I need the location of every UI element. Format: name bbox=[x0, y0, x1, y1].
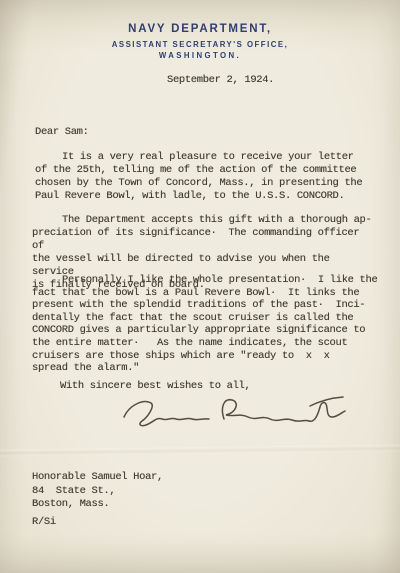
reference-initials: R/Si bbox=[32, 516, 56, 529]
letterhead-washington: WASHINGTON. bbox=[0, 51, 400, 60]
letterhead-navy-department: NAVY DEPARTMENT, bbox=[0, 23, 400, 35]
salutation: Dear Sam: bbox=[35, 126, 89, 139]
letterhead-office: ASSISTANT SECRETARY'S OFFICE, bbox=[0, 40, 400, 49]
paper-crease bbox=[0, 444, 400, 456]
handwritten-signature bbox=[112, 391, 352, 445]
letter-page: NAVY DEPARTMENT, ASSISTANT SECRETARY'S O… bbox=[0, 0, 400, 573]
paragraph-3: Personally I like the whole presentation… bbox=[32, 274, 380, 375]
recipient-address: Honorable Samuel Hoar, 84 State St., Bos… bbox=[32, 471, 163, 512]
date-line: September 2, 1924. bbox=[167, 74, 274, 87]
paragraph-1: It is a very real pleasure to receive yo… bbox=[35, 151, 369, 203]
